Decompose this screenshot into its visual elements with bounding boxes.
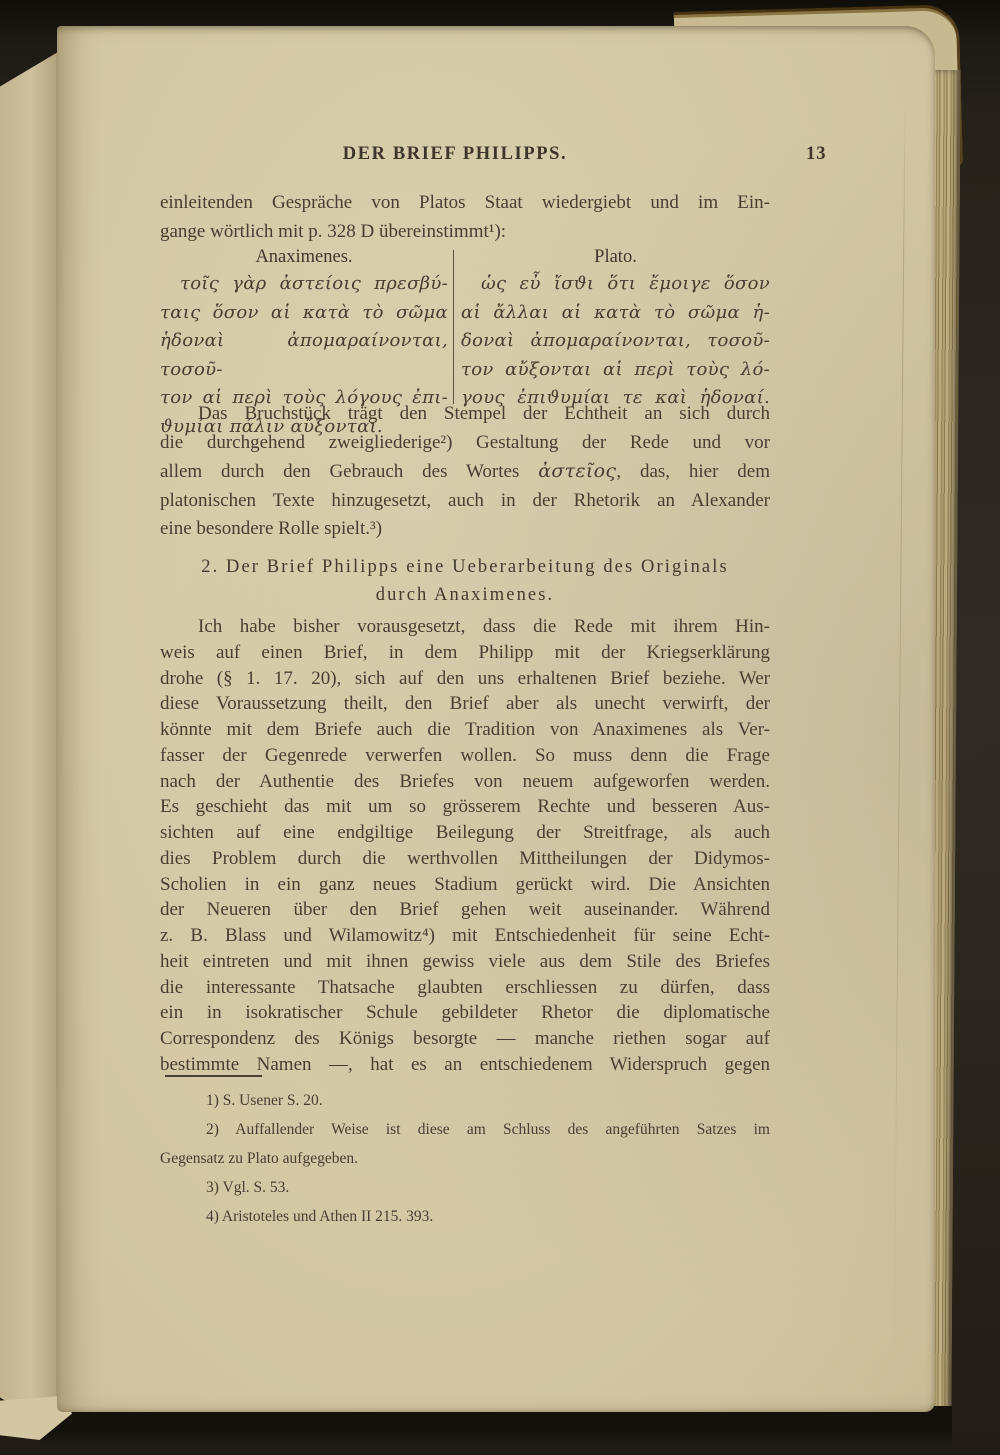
section-heading: 2. Der Brief Philipps eine Ueberarbeitun… bbox=[160, 553, 770, 609]
greek-line: τον αὔξονται αἱ περὶ τοὺς λό- bbox=[461, 356, 770, 385]
text-line: bestimmte Namen —, hat es an entschieden… bbox=[160, 1052, 770, 1078]
footnotes: 1) S. Usener S. 20. 2) Auffallender Weis… bbox=[160, 1086, 770, 1231]
text-line: könnte mit dem Briefe auch die Tradition… bbox=[160, 717, 770, 743]
running-header: DER BRIEF PHILIPPS. 13 bbox=[160, 144, 770, 170]
section-heading-line: 2. Der Brief Philipps eine Ueberarbeitun… bbox=[160, 553, 770, 581]
greek-line: ταις ὅσον αἱ κατὰ τὸ σῶμα bbox=[160, 299, 448, 328]
column-header-plato: Plato. bbox=[461, 244, 770, 270]
greek-line: ἡδοναὶ ἀπομαραίνονται, τοσοῦ- bbox=[160, 327, 448, 384]
text-line: diese Voraussetzung theilt, den Brief ab… bbox=[160, 691, 770, 717]
footnote-line: 2) Auffallender Weise ist diese am Schlu… bbox=[160, 1115, 770, 1144]
book-page: DER BRIEF PHILIPPS. 13 einleitenden Gesp… bbox=[57, 26, 935, 1412]
text-line: fasser der Gegenrede verwerfen wollen. S… bbox=[160, 743, 770, 769]
text-line: Scholien in ein ganz neues Stadium gerüc… bbox=[160, 872, 770, 898]
text-line: einleitenden Gespräche von Platos Staat … bbox=[160, 189, 770, 218]
book-scan: DER BRIEF PHILIPPS. 13 einleitenden Gesp… bbox=[0, 0, 1000, 1455]
text-line: Das Bruchstück trägt den Stempel der Ech… bbox=[160, 400, 770, 429]
text-line: Correspondenz des Königs besorgte — manc… bbox=[160, 1026, 770, 1052]
text-line: eine besondere Rolle spielt.³) bbox=[160, 515, 770, 544]
footnote-line: Gegensatz zu Plato aufgegeben. bbox=[160, 1144, 770, 1173]
page-title: DER BRIEF PHILIPPS. bbox=[150, 144, 760, 165]
text-line: dies Problem durch die werthvollen Mitth… bbox=[160, 846, 770, 872]
text-line: allem durch den Gebrauch des Wortes ἀστε… bbox=[160, 457, 770, 487]
text-line: Ich habe bisher vorausgesetzt, dass die … bbox=[160, 614, 770, 640]
text-line: weis auf einen Brief, in dem Philipp mit… bbox=[160, 640, 770, 666]
greek-line: ὡς εὖ ἴσϑι ὅτι ἔμοιγε ὅσον bbox=[461, 270, 770, 299]
text-line: die durchgehend zweigliederige²) Gestalt… bbox=[160, 429, 770, 458]
text-line: gange wörtlich mit p. 328 D übereinstimm… bbox=[160, 218, 770, 247]
column-header-anaximenes: Anaximenes. bbox=[160, 244, 448, 270]
text-line: platonischen Texte hinzugesetzt, auch in… bbox=[160, 487, 770, 516]
column-plato: Plato. ὡς εὖ ἴσϑι ὅτι ἔμοιγε ὅσον αἱ ἄλλ… bbox=[461, 244, 770, 413]
text-line: ein in isokratischer Schule gebildeter R… bbox=[160, 1000, 770, 1026]
footnote-line: 1) S. Usener S. 20. bbox=[160, 1086, 770, 1115]
text-line: die interessante Thatsache glaubten ersc… bbox=[160, 975, 770, 1001]
text-segment: allem durch den Gebrauch des Wortes bbox=[160, 461, 538, 482]
text-line: drohe (§ 1. 17. 20), sich auf den uns er… bbox=[160, 666, 770, 692]
footnote-line: 4) Aristoteles und Athen II 215. 393. bbox=[160, 1202, 770, 1231]
text-line: Es geschieht das mit um so grösserem Rec… bbox=[160, 794, 770, 820]
page-number: 13 bbox=[806, 144, 827, 165]
gutter-left-page bbox=[0, 52, 58, 1432]
text-line: sichten auf eine endgiltige Beilegung de… bbox=[160, 820, 770, 846]
text-segment: , das, hier dem bbox=[616, 461, 770, 482]
main-paragraph: Ich habe bisher vorausgesetzt, dass die … bbox=[160, 614, 770, 1078]
page-crease-line bbox=[893, 96, 905, 1366]
footnote-line: 3) Vgl. S. 53. bbox=[160, 1173, 770, 1202]
column-divider bbox=[453, 250, 454, 404]
text-line: der Neueren über den Brief gehen weit au… bbox=[160, 897, 770, 923]
footnote-rule bbox=[165, 1075, 262, 1077]
greek-line: τοῖς γὰρ ἀστείοις πρεσβύ- bbox=[160, 270, 448, 299]
greek-word: ἀστεῖος bbox=[538, 460, 616, 482]
greek-line: αἱ ἄλλαι αἱ κατὰ τὸ σῶμα ἡ- bbox=[461, 299, 770, 328]
fragment-paragraph: Das Bruchstück trägt den Stempel der Ech… bbox=[160, 400, 770, 544]
text-line: nach der Authentie des Briefes von neuem… bbox=[160, 769, 770, 795]
text-line: heit eintreten und mit ihnen gewiss viel… bbox=[160, 949, 770, 975]
intro-paragraph: einleitenden Gespräche von Platos Staat … bbox=[160, 189, 770, 246]
section-heading-line: durch Anaximenes. bbox=[160, 581, 770, 609]
page-bottom-shadow bbox=[40, 1406, 952, 1450]
greek-line: δοναὶ ἀπομαραίνονται, τοσοῦ- bbox=[461, 327, 770, 356]
text-line: z. B. Blass und Wilamowitz⁴) mit Entschi… bbox=[160, 923, 770, 949]
